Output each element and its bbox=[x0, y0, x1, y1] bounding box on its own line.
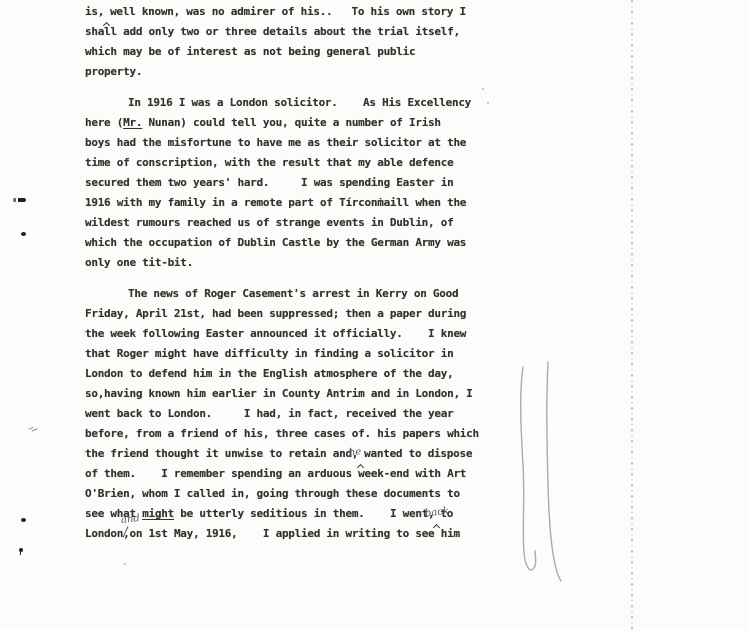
typed-line: time of conscription, with the result th… bbox=[85, 153, 505, 173]
typed-line: shall add only two or three details abou… bbox=[85, 22, 505, 42]
typed-text: secured them two years' hard. I was spen… bbox=[85, 176, 453, 189]
typed-text: Friday, April 21st, had been suppressed;… bbox=[85, 307, 466, 320]
typed-line: wildest rumours reached us of strange ev… bbox=[85, 213, 505, 233]
typed-line: which the occupation of Dublin Castle by… bbox=[85, 233, 505, 253]
typed-text: on 1st May, 1916, I applied in writing t… bbox=[129, 527, 459, 540]
typed-text: time of conscription, with the result th… bbox=[85, 156, 453, 169]
typed-text: which the occupation of Dublin Castle by… bbox=[85, 236, 466, 249]
typed-text: only one tit-bit. bbox=[85, 256, 193, 269]
typed-line: is,well known, was no admirer of his.. T… bbox=[85, 2, 505, 22]
typed-text: wanted to dispose bbox=[364, 447, 472, 460]
typed-line: the friend thought it unwise to retain a… bbox=[85, 444, 505, 464]
pencil-margin-mark bbox=[29, 426, 38, 433]
underlined-word: Mr. bbox=[123, 116, 142, 129]
typed-line: secured them two years' hard. I was spen… bbox=[85, 173, 505, 193]
typed-text: The news of Roger Casement's arrest in K… bbox=[128, 287, 458, 300]
pencil-margin-mark bbox=[124, 563, 126, 565]
typed-line: went back to London. I had, in fact, rec… bbox=[85, 404, 505, 424]
typed-line: that Roger might have difficulty in find… bbox=[85, 344, 505, 364]
handwritten-word: he bbox=[348, 442, 362, 463]
typed-line: before, from a friend of his, three case… bbox=[85, 424, 505, 444]
typed-text: O'Brien, whom I called in, going through… bbox=[85, 487, 460, 500]
underlined-word: might bbox=[142, 507, 174, 520]
typed-line: so,having known him earlier in County An… bbox=[85, 384, 505, 404]
typed-text-block: is,well known, was no admirer of his.. T… bbox=[85, 2, 505, 544]
handwritten-insertion bbox=[104, 14, 110, 15]
handwritten-insertion: he bbox=[358, 456, 364, 457]
typed-text: the week following Easter announced it o… bbox=[85, 327, 466, 340]
typed-text: here ( bbox=[85, 116, 123, 129]
typed-text: so,having known him earlier in County An… bbox=[85, 387, 473, 400]
pen-stroke-left bbox=[521, 367, 536, 570]
struck-character: ,and bbox=[123, 524, 129, 544]
typed-text: went back to London. I had, in fact, rec… bbox=[85, 407, 453, 420]
pen-stroke-right bbox=[547, 362, 561, 581]
pencil-margin-mark bbox=[13, 198, 26, 202]
pencil-margin-mark bbox=[21, 232, 26, 236]
typed-text: well known, was no admirer of his.. To h… bbox=[110, 5, 466, 18]
page-fold-dashed-line bbox=[631, 0, 633, 630]
typed-line: The news of Roger Casement's arrest in K… bbox=[85, 284, 505, 304]
typed-line: London,andon 1st May, 1916, I applied in… bbox=[85, 524, 505, 544]
typed-text: London bbox=[85, 527, 123, 540]
typed-text: London to defend him in the English atmo… bbox=[85, 367, 453, 380]
typed-line: see what might be utterly seditious in t… bbox=[85, 504, 505, 524]
typed-line: which may be of interest as not being ge… bbox=[85, 42, 505, 62]
typed-line: only one tit-bit. bbox=[85, 253, 505, 273]
typed-line: here (Mr. Nunan) could tell you, quite a… bbox=[85, 113, 505, 133]
typed-text: wildest rumours reached us of strange ev… bbox=[85, 216, 453, 229]
pencil-margin-mark bbox=[19, 548, 23, 552]
typed-line: O'Brien, whom I called in, going through… bbox=[85, 484, 505, 504]
typed-text: before, from a friend of his, three case… bbox=[85, 427, 479, 440]
typed-text: is, bbox=[85, 5, 104, 18]
handwritten-word: and bbox=[120, 509, 141, 531]
scanned-typescript-page: is,well known, was no admirer of his.. T… bbox=[0, 0, 749, 630]
typed-line: Friday, April 21st, had been suppressed;… bbox=[85, 304, 505, 324]
typed-line: boys had the misfortune to have me as th… bbox=[85, 133, 505, 153]
typed-line: the week following Easter announced it o… bbox=[85, 324, 505, 344]
handwritten-insertion: back bbox=[434, 516, 440, 517]
typed-text: shall add only two or three details abou… bbox=[85, 25, 460, 38]
typed-text: be utterly seditious in them. I went, bbox=[174, 507, 434, 520]
typed-line: of them. I remember spending an arduous … bbox=[85, 464, 505, 484]
paragraph: is,well known, was no admirer of his.. T… bbox=[85, 2, 505, 82]
typed-text: that Roger might have difficulty in find… bbox=[85, 347, 453, 360]
paragraph: The news of Roger Casement's arrest in K… bbox=[85, 284, 505, 544]
pencil-margin-mark bbox=[21, 518, 26, 522]
typed-text: the friend thought it unwise to retain a… bbox=[85, 447, 358, 460]
typed-text: In 1916 I was a London solicitor. As His… bbox=[128, 96, 471, 109]
typed-text: property. bbox=[85, 65, 142, 78]
typed-text: Nunan) could tell you, quite a number of… bbox=[142, 116, 441, 129]
typed-line: In 1916 I was a London solicitor. As His… bbox=[85, 93, 505, 113]
typed-text: boys had the misfortune to have me as th… bbox=[85, 136, 466, 149]
typed-line: 1916 with my family in a remote part of … bbox=[85, 193, 505, 213]
typed-line: London to defend him in the English atmo… bbox=[85, 364, 505, 384]
typed-text: which may be of interest as not being ge… bbox=[85, 45, 415, 58]
typed-text: 1916 with my family in a remote part of … bbox=[85, 196, 466, 209]
paragraph: In 1916 I was a London solicitor. As His… bbox=[85, 93, 505, 273]
typed-text: of them. I remember spending an arduous … bbox=[85, 467, 466, 480]
handwritten-word: back bbox=[424, 502, 450, 524]
typed-line: property. bbox=[85, 62, 505, 82]
